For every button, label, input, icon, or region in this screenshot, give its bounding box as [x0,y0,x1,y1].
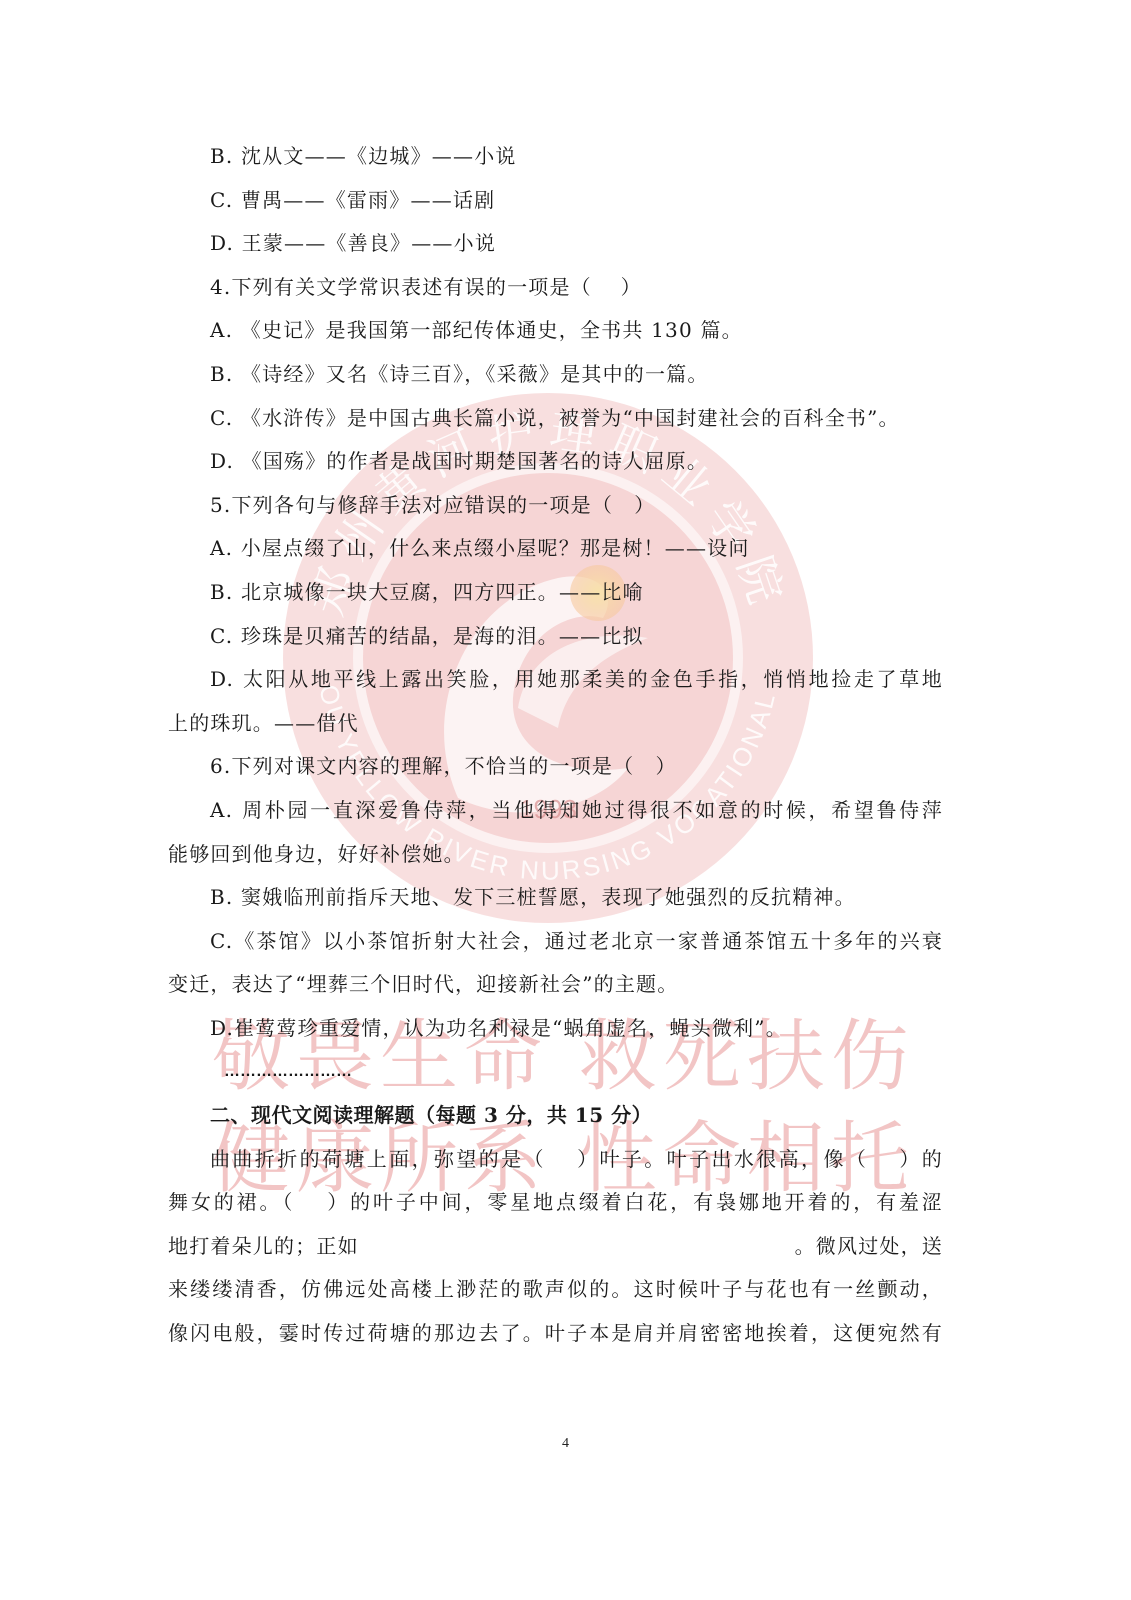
question-5-option-a: A. 小屋点缀了山，什么来点缀小屋呢？那是树！——设问 [168,527,943,571]
question-6-option-a-line-2: 能够回到他身边，好好补偿她。 [168,833,943,877]
passage-line-5: 像闪电般，霎时传过荷塘的那边去了。叶子本是肩并肩密密地挨着，这便宛然有 [168,1312,943,1356]
question-6-option-b: B. 窦娥临刑前指斥天地、发下三桩誓愿，表现了她强烈的反抗精神。 [168,876,943,920]
question-6-option-c-line-2: 变迁，表达了“埋葬三个旧时代，迎接新社会”的主题。 [168,963,943,1007]
question-3-option-c: C. 曹禺——《雷雨》——话剧 [168,179,943,223]
question-3-option-b: B. 沈从文——《边城》——小说 [168,135,943,179]
section-2-title: 二、现代文阅读理解题（每题 3 分，共 15 分） [168,1094,943,1138]
question-6-option-a-line-1: A. 周朴园一直深爱鲁侍萍，当他得知她过得很不如意的时候，希望鲁侍萍 [168,789,943,833]
passage-line-3: 地打着朵儿的；正如 。微风过处，送 [168,1225,943,1269]
question-4-stem: 4.下列有关文学常识表述有误的一项是（ ） [168,266,943,310]
question-4-option-a: A. 《史记》是我国第一部纪传体通史，全书共 130 篇。 [168,309,943,353]
question-3-option-d: D. 王蒙——《善良》——小说 [168,222,943,266]
exam-page: 郑州黄河护理职业学院 ZHENGZHOU YELLOW RIVER NURSIN… [0,0,1131,1600]
question-6-option-d: D.崔莺莺珍重爱情，认为功名利禄是“蜗角虚名，蝇头微利”。 [168,1007,943,1051]
passage-line-2: 舞女的裙。（ ）的叶子中间，零星地点缀着白花，有袅娜地开着的，有羞涩 [168,1181,943,1225]
question-6-stem: 6.下列对课文内容的理解，不恰当的一项是（ ） [168,745,943,789]
question-4-option-b: B. 《诗经》又名《诗三百》，《采薇》是其中的一篇。 [168,353,943,397]
question-4-option-c: C. 《水浒传》是中国古典长篇小说，被誉为“中国封建社会的百科全书”。 [168,397,943,441]
passage-line-1: 曲曲折折的荷塘上面，弥望的是（ ）叶子。叶子出水很高，像（ ）的 [168,1138,943,1182]
question-4-option-d: D. 《国殇》的作者是战国时期楚国著名的诗人屈原。 [168,440,943,484]
question-5-option-d-line-2: 上的珠玑。——借代 [168,702,943,746]
passage-line-3-right: 。微风过处，送 [795,1225,943,1269]
question-5-option-c: C. 珍珠是贝痛苦的结晶，是海的泪。——比拟 [168,615,943,659]
question-5-stem: 5.下列各句与修辞手法对应错误的一项是（ ） [168,484,943,528]
passage-line-3-left: 地打着朵儿的；正如 [168,1225,359,1269]
document-body: B. 沈从文——《边城》——小说 C. 曹禺——《雷雨》——话剧 D. 王蒙——… [168,135,943,1356]
omitted-content-ellipsis: …………………… [168,1050,943,1094]
question-6-option-c-line-1: C.《茶馆》以小茶馆折射大社会，通过老北京一家普通茶馆五十多年的兴衰 [168,920,943,964]
passage-line-4: 来缕缕清香，仿佛远处高楼上渺茫的歌声似的。这时候叶子与花也有一丝颤动， [168,1268,943,1312]
question-5-option-d-line-1: D. 太阳从地平线上露出笑脸，用她那柔美的金色手指，悄悄地捡走了草地 [168,658,943,702]
question-5-option-b: B. 北京城像一块大豆腐，四方四正。——比喻 [168,571,943,615]
page-number: 4 [0,1436,1131,1452]
